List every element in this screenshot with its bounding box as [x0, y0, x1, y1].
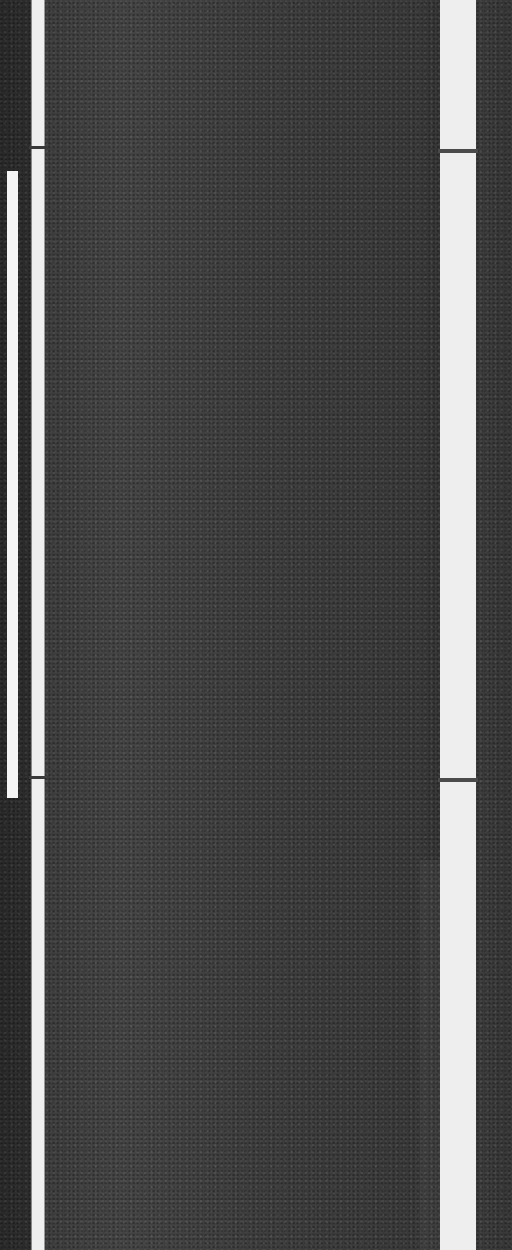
road-surface: [0, 0, 512, 1250]
lane-line-joint: [438, 778, 478, 782]
edge-line-crack: [29, 776, 45, 779]
edge-line-crack: [29, 146, 45, 149]
lane-line-joint: [438, 149, 478, 153]
right-lane-line-marking: [440, 0, 476, 1250]
worn-asphalt-patch: [420, 860, 440, 1250]
left-short-bar-marking: [7, 171, 18, 798]
left-edge-line-marking: [31, 0, 45, 1250]
